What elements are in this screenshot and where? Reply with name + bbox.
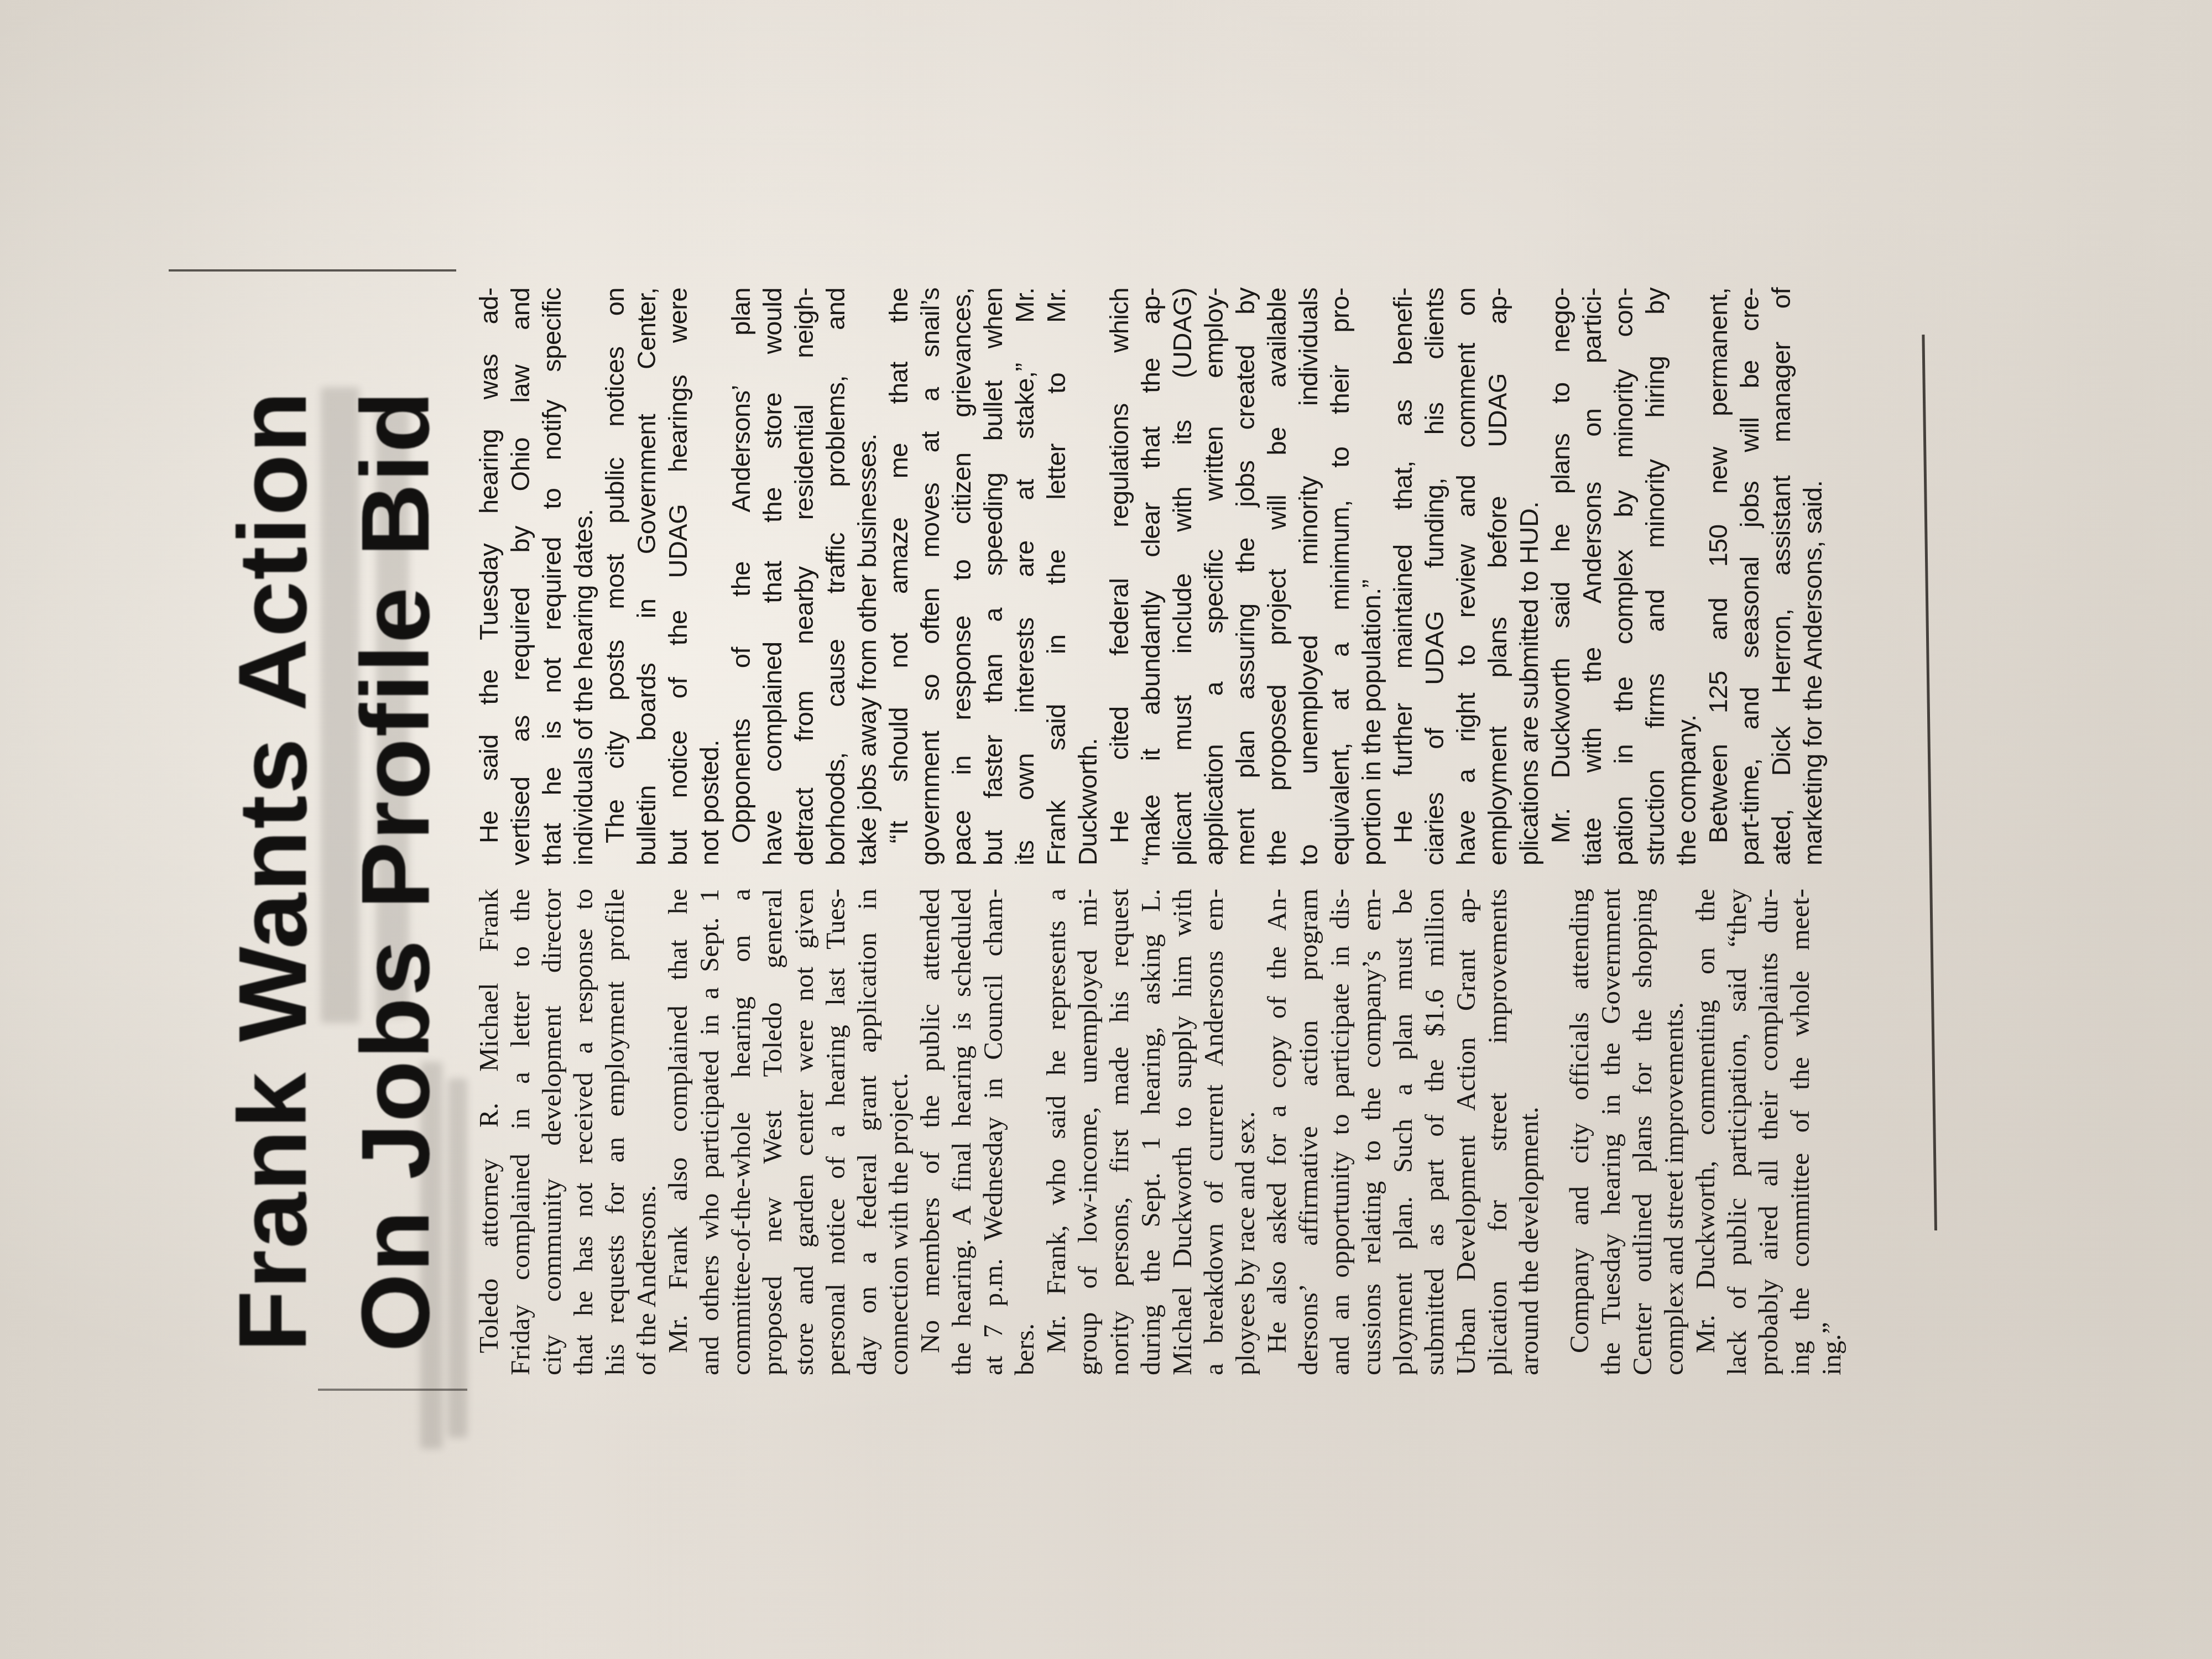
article-text-line: detract from nearby residential neigh-: [788, 288, 820, 865]
article-text-line: ated, Dick Herron, assistant manager of: [1765, 288, 1797, 865]
article-text-line: the hearing. A final hearing is schedule…: [946, 889, 977, 1375]
article-text-line: Urban Development Action Grant ap-: [1450, 889, 1481, 1375]
article-text-line: the company.: [1671, 288, 1702, 865]
article-text-line: Mr. Frank, who said he represents a: [1040, 889, 1072, 1375]
article-text-line: No members of the public attended: [914, 889, 946, 1375]
article-text-line: around the development.: [1513, 889, 1545, 1375]
article-text-line: lack of public participation, said “they: [1721, 889, 1752, 1375]
article-text-line: tiate with the Andersons on partici-: [1576, 288, 1608, 865]
article-text-line: Friday complained in a letter to the: [504, 889, 536, 1375]
article-text-line: ment plan assuring the jobs created by: [1229, 288, 1261, 865]
clipping-edge-rule-left: [318, 1389, 467, 1391]
article-text-line: have a right to review and comment on: [1450, 288, 1481, 865]
article-text-line: “It should not amaze me that the: [883, 288, 914, 865]
article-text-line: its own interests are at stake,” Mr.: [1009, 288, 1040, 865]
article-text-line: cussions relating to the company’s em-: [1355, 889, 1387, 1375]
photo-background: Frank Wants Action On Jobs Profile Bid T…: [0, 0, 2212, 1659]
article-text-line: day on a federal grant application in: [851, 889, 883, 1375]
article-text-line: Company and city officials attending: [1563, 889, 1595, 1375]
article-text-line: of the Andersons.: [630, 889, 662, 1375]
article-column-left: Toledo attorney R. Michael FrankFriday c…: [473, 889, 1847, 1375]
article-text-line: ciaries of UDAG funding, his clients: [1418, 288, 1450, 865]
article-text-line: application a specific written employ-: [1198, 288, 1229, 865]
article-text-line: Center outlined plans for the shopping: [1626, 889, 1658, 1375]
article-text-line: Opponents of the Andersons’ plan: [725, 288, 757, 865]
article-text-line: and others who participated in a Sept. 1: [693, 889, 725, 1375]
article-text-line: take jobs away from other businesses.: [851, 288, 883, 865]
article-text-line: “make it abundantly clear that the ap-: [1135, 288, 1166, 865]
article-text-line: employment plans before UDAG ap-: [1481, 288, 1513, 865]
article-text-line: pation in the complex by minority con-: [1608, 288, 1639, 865]
article-text-line: Mr. Duckworth, commenting on the: [1689, 889, 1721, 1375]
article-text-line: proposed new West Toledo general: [757, 889, 788, 1375]
article-text-line: He said the Tuesday hearing was ad-: [473, 288, 504, 865]
article-text-line: at 7 p.m. Wednesday in Council cham-: [977, 889, 1009, 1375]
article-text-line: group of low-income, unemployed mi-: [1072, 889, 1103, 1375]
article-text-line: have complained that the store would: [757, 288, 788, 865]
article-text-line: Between 125 and 150 new permanent,: [1702, 288, 1734, 865]
article-text-line: Mr. Duckworth said he plans to nego-: [1545, 288, 1576, 865]
article-text-line: to unemployed minority individuals: [1292, 288, 1324, 865]
article-text-line: borhoods, cause traffic problems, and: [820, 288, 851, 865]
article-text-line: bulletin boards in Government Center,: [630, 288, 662, 865]
article-text-line: committee-of-the-whole hearing on a: [725, 889, 757, 1375]
article-text-line: the Tuesday hearing in the Government: [1595, 889, 1626, 1375]
article-text-line: portion in the population.”: [1355, 288, 1387, 865]
article-text-line: a breakdown of current Andersons em-: [1198, 889, 1229, 1375]
article-text-line: city community development director: [536, 889, 567, 1375]
article-text-line: that he is not required to notify specif…: [536, 288, 567, 865]
headline-line-2: On Jobs Profile Bid: [347, 390, 444, 1352]
article-text-line: the proposed project will be available: [1261, 288, 1292, 865]
article-text-line: bers.: [1009, 889, 1040, 1375]
article-text-line: He further maintained that, as benefi-: [1387, 288, 1418, 865]
article-text-line: submitted as part of the $1.6 million: [1418, 889, 1450, 1375]
article-text-line: ployment plan. Such a plan must be: [1387, 889, 1418, 1375]
article-text-line: and an opportunity to participate in dis…: [1324, 889, 1355, 1375]
article-text-line: The city posts most public notices on: [599, 288, 630, 865]
article-text-line: Toledo attorney R. Michael Frank: [473, 889, 504, 1375]
article-text-line: connection with the project.: [883, 889, 914, 1375]
article-text-line: personal notice of a hearing last Tues-: [820, 889, 851, 1375]
article-text-line: equivalent, at a minimum, to their pro-: [1324, 288, 1355, 865]
article-text-line: Michael Duckworth to supply him with: [1166, 889, 1198, 1375]
article-text-line: during the Sept. 1 hearing, asking L.: [1135, 889, 1166, 1375]
article-text-line: probably aired all their complaints dur-: [1752, 889, 1784, 1375]
article-text-line: government so often moves at a snail’s: [914, 288, 946, 865]
article-text-line: nority persons, first made his request: [1103, 889, 1135, 1375]
article-text-line: plications are submitted to HUD.: [1513, 288, 1545, 865]
article-text-line: Mr. Frank also complained that he: [662, 889, 693, 1375]
article-text-line: but notice of the UDAG hearings were: [662, 288, 693, 865]
article-text-line: Duckworth.: [1072, 288, 1103, 865]
article-text-line: ing the committee of the whole meet-: [1784, 889, 1815, 1375]
article-end-rule: [1922, 335, 1937, 1230]
article-text-line: not posted.: [693, 288, 725, 865]
article-text-line: Frank said in the letter to Mr.: [1040, 288, 1072, 865]
article-text-line: his requests for an employment profile: [599, 889, 630, 1375]
article-text-line: pace in response to citizen grievances,: [946, 288, 977, 865]
article-column-right: He said the Tuesday hearing was ad-verti…: [473, 288, 1828, 865]
article-text-line: store and garden center were not given: [788, 889, 820, 1375]
article-text-line: vertised as required by Ohio law and: [504, 288, 536, 865]
article-text-line: part-time, and seasonal jobs will be cre…: [1734, 288, 1765, 865]
article-text-line: He cited federal regulations which: [1103, 288, 1135, 865]
article-text-line: He also asked for a copy of the An-: [1261, 889, 1292, 1375]
article-text-line: plication for street improvements: [1481, 889, 1513, 1375]
article-text-line: but faster than a speeding bullet when: [977, 288, 1009, 865]
newspaper-article: Frank Wants Action On Jobs Profile Bid T…: [221, 268, 1991, 1396]
paragraph-gap: [1545, 889, 1563, 1375]
article-text-line: plicant must include with its (UDAG): [1166, 288, 1198, 865]
article-text-line: ing.”: [1815, 889, 1847, 1375]
article-text-line: ployees by race and sex.: [1229, 889, 1261, 1375]
article-text-line: that he has not received a response to: [567, 889, 599, 1375]
article-text-line: marketing for the Andersons, said.: [1797, 288, 1828, 865]
article-text-line: complex and street improvements.: [1658, 889, 1689, 1375]
article-text-line: struction firms and minority hiring by: [1639, 288, 1671, 865]
headline-line-1: Frank Wants Action: [225, 390, 321, 1352]
article-text-line: dersons’ affirmative action program: [1292, 889, 1324, 1375]
article-text-line: individuals of the hearing dates.: [567, 288, 599, 865]
clipping-edge-rule-top: [169, 269, 456, 272]
